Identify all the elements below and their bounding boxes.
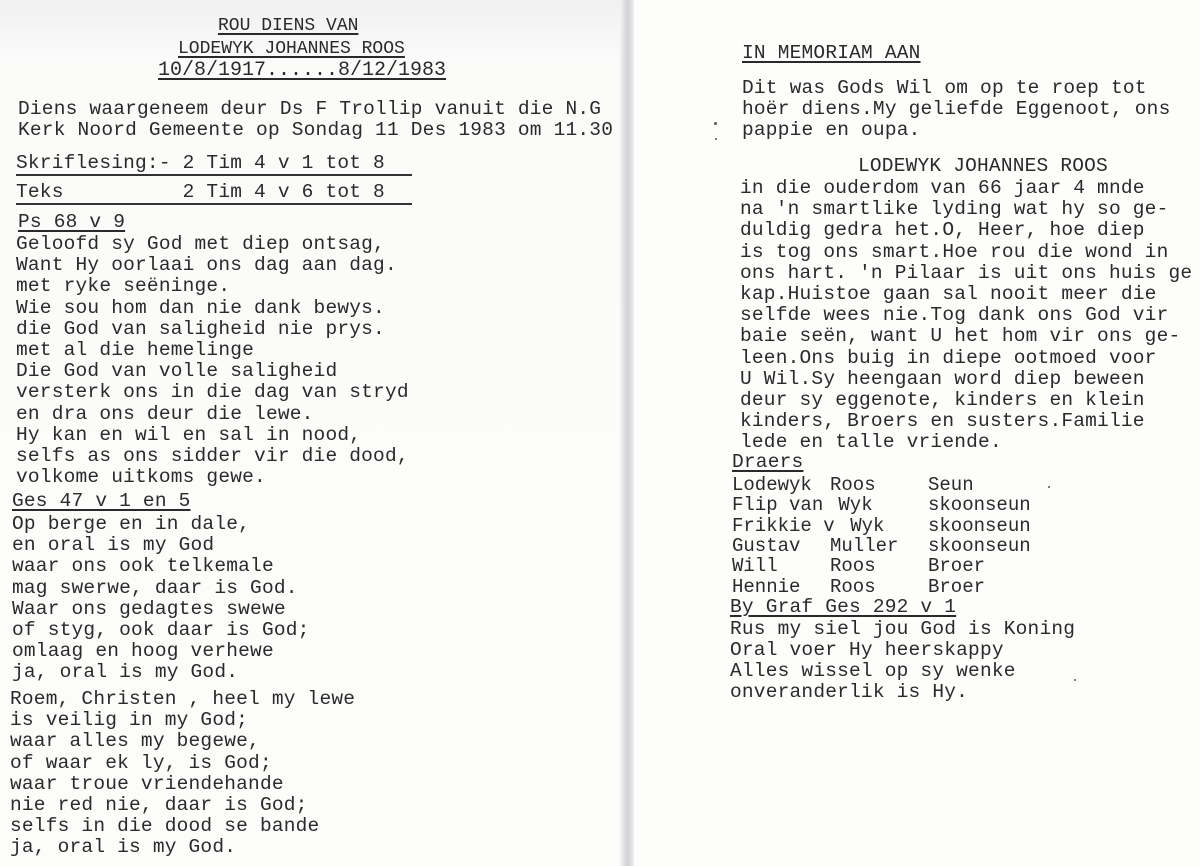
intro-line: Dit was Gods Wil om op te roep tot [742,78,1147,98]
body-line: kinders, Broers en susters.Familie [740,411,1145,431]
title-text-2: LODEWYK JOHANNES ROOS [178,39,405,59]
psalm-line: Hy kan en wil en sal in nood, [16,425,361,445]
hymn-line: Op berge en in dale, [12,514,250,534]
deceased-name: LODEWYK JOHANNES ROOS [858,156,1108,176]
bearer-first-name: Gustav [732,536,800,556]
ink-speck [1074,679,1076,681]
psalm-line: selfs as ons sidder vir die dood, [16,446,409,466]
bearer-first-name: Will [732,556,778,576]
hymn-line: waar alles my begewe, [10,731,260,751]
hymn-heading: Ges 47 v 1 en 5 [12,491,191,511]
hymn-line: waar troue vriendehande [10,774,284,794]
hymn-line: of styg, ook daar is God; [12,620,310,640]
intro-line: pappie en oupa. [742,120,921,140]
bearer-last-name: Roos [830,577,876,597]
body-line: selfde wees nie.Tog dank ons God vir [740,305,1168,325]
psalm-line: Want Hy oorlaai ons dag aan dag. [16,255,397,275]
bearer-last-name: Wyk [850,516,884,536]
reading-underline [16,174,412,176]
bearer-first-name: Lodewyk [732,475,812,495]
ink-speck [1048,486,1050,488]
psalm-line: en dra ons deur die lewe. [16,404,314,424]
bearer-last-name: Wyk [838,495,872,515]
bearer-last-name: Roos [830,475,876,495]
body-line: ons hart. 'n Pilaar is uit ons huis ge [740,263,1192,283]
hymn-line: waar ons ook telkemale [12,556,274,576]
psalm-line: Wie sou hom dan nie dank bewys. [16,298,385,318]
grave-line: Alles wissel op sy wenke [730,661,1016,681]
scripture-reading: Skriflesing:- 2 Tim 4 v 1 tot 8 [16,153,385,173]
psalm-line: Geloofd sy God met diep ontsag, [16,234,385,254]
bearer-relation: Seun [928,475,974,495]
hymn-line: omlaag en hoog verhewe [12,641,274,661]
hymn-line: is veilig in my God; [10,710,248,730]
bearer-first-name: Frikkie v [732,516,835,536]
psalm-heading: Ps 68 v 9 [18,212,125,232]
body-line: baie seën, want U het hom vir ons ge- [740,326,1180,346]
ink-speck [715,138,717,140]
title-text-1: ROU DIENS VAN [218,16,358,36]
hymn-line: Roem, Christen , heel my lewe [10,689,355,709]
grave-heading: By Graf Ges 292 v 1 [730,597,956,617]
psalm-line: met ryke seëninge. [16,276,230,296]
body-line: deur sy eggenote, kinders en klein [740,390,1145,410]
title-line-1: ROU DIENS VAN [218,16,358,36]
intro-line: hoër diens.My geliefde Eggenoot, ons [742,99,1170,119]
bearer-first-name: Hennie [732,577,800,597]
bearer-relation: skoonseun [928,536,1031,556]
hymn-line: en oral is my God [12,535,214,555]
grave-line: onveranderlik is Hy. [730,682,968,702]
grave-line: Oral voer Hy heerskappy [730,640,1004,660]
body-line: leen.Ons buig in diepe ootmoed voor [740,348,1157,368]
page-fold [620,0,634,866]
bearer-relation: skoonseun [928,495,1031,515]
hymn-heading-text: Ges 47 v 1 en 5 [12,490,191,512]
psalm-line: Die God van volle saligheid [16,361,337,381]
hymn-line: nie red nie, daar is God; [10,795,308,815]
body-line: U Wil.Sy heengaan word diep beween [740,369,1145,389]
body-line: lede en talle vriende. [740,432,1002,452]
psalm-line: die God van saligheid nie prys. [16,319,385,339]
memoriam-heading-text: IN MEMORIAM AAN [742,42,921,64]
memoriam-heading: IN MEMORIAM AAN [742,43,921,63]
ink-speck [714,122,717,125]
sermon-text: Teks 2 Tim 4 v 6 tot 8 [16,182,385,202]
body-line: is tog ons smart.Hoe rou die wond in [740,242,1168,262]
grave-heading-text: By Graf Ges 292 v 1 [730,596,956,618]
bearer-last-name: Roos [830,556,876,576]
body-line: kap.Huistoe gaan sal nooit meer die [740,284,1157,304]
body-line: duldig gedra het.O, Heer, hoe diep [740,220,1145,240]
psalm-line: volkome uitkoms gewe. [16,467,266,487]
right-page: IN MEMORIAM AAN Dit was Gods Wil om op t… [634,0,1200,866]
hymn-line: selfs in die dood se bande [10,816,319,836]
hymn-line: ja, oral is my God. [12,662,238,682]
psalm-heading-text: Ps 68 v 9 [18,211,125,233]
bearer-relation: Broer [928,577,985,597]
hymn-line: of waar ek ly, is God; [10,753,272,773]
grave-line: Rus my siel jou God is Koning [730,619,1075,639]
hymn-line: Waar ons gedagtes swewe [12,599,286,619]
service-line-1: Diens waargeneem deur Ds F Trollip vanui… [18,99,601,119]
service-line-2: Kerk Noord Gemeente op Sondag 11 Des 198… [18,120,613,140]
text-underline [16,203,412,205]
title-dates: 10/8/1917......8/12/1983 [158,61,446,81]
title-line-2: LODEWYK JOHANNES ROOS [178,39,405,59]
title-dates-text: 10/8/1917......8/12/1983 [158,59,446,82]
bearers-heading: Draers [732,452,803,472]
hymn-line: mag swerwe, daar is God. [12,578,298,598]
bearer-relation: Broer [928,556,985,576]
body-line: in die ouderdom van 66 jaar 4 mnde [740,178,1145,198]
bearer-last-name: Muller [830,536,898,556]
body-line: na 'n smartlike lyding wat hy so ge- [740,199,1168,219]
bearer-first-name: Flip van [732,495,823,515]
psalm-line: versterk ons in die dag van stryd [16,382,409,402]
hymn-line: ja, oral is my God. [10,837,236,857]
left-page: ROU DIENS VAN LODEWYK JOHANNES ROOS 10/8… [0,0,624,866]
psalm-line: met al die hemelinge [16,340,254,360]
bearer-relation: skoonseun [928,516,1031,536]
bearers-heading-text: Draers [732,451,803,473]
